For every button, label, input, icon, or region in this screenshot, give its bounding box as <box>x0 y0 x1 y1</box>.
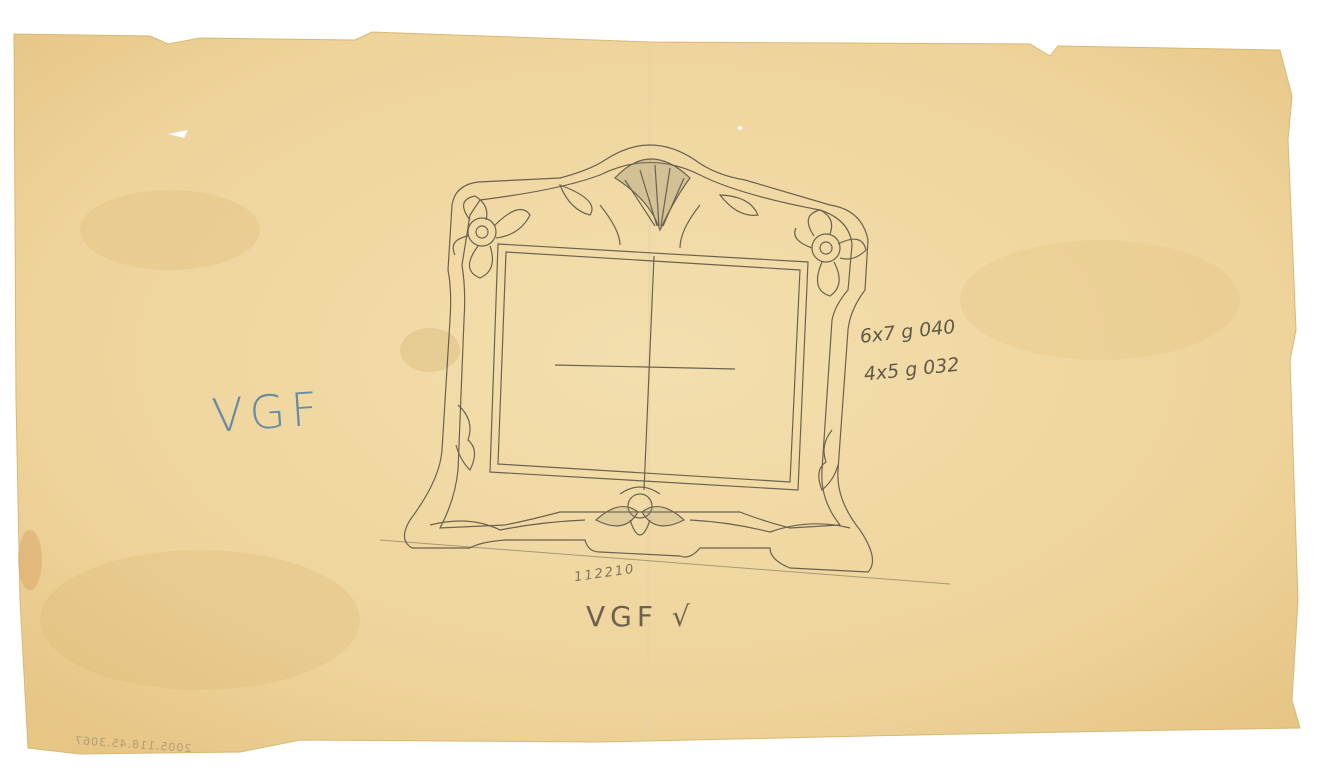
bottom-initials: VGF √ <box>586 600 695 633</box>
stain <box>80 190 260 270</box>
stain <box>18 530 42 590</box>
drawing-sheet <box>0 0 1324 771</box>
stain <box>400 328 460 372</box>
paper-hole <box>738 126 742 130</box>
stain <box>960 240 1240 360</box>
blue-initials: VGF <box>210 381 325 443</box>
stain <box>40 550 360 690</box>
size-notes: 6x7 g 040 4x5 g 032 <box>858 308 961 394</box>
